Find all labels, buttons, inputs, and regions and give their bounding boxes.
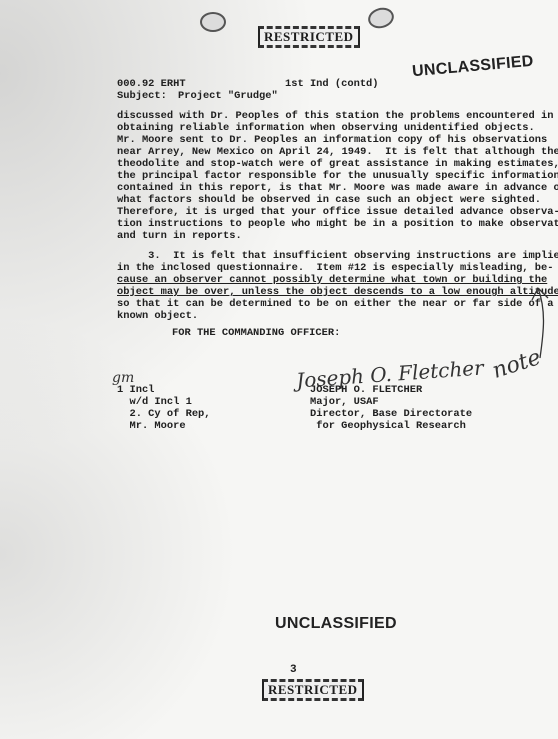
unclassified-stamp-bottom: UNCLASSIFIED — [275, 615, 397, 633]
handwritten-margin-note: note — [489, 345, 544, 384]
unclassified-stamp-top: UNCLASSIFIED — [411, 53, 534, 82]
restricted-stamp-bottom: RESTRICTED — [262, 679, 364, 701]
closing-line: FOR THE COMMANDING OFFICER: — [172, 327, 340, 339]
document-page: RESTRICTED UNCLASSIFIED 000.92 ERHT 1st … — [0, 0, 558, 739]
subject-label: Subject: — [117, 90, 167, 102]
file-reference: 000.92 ERHT — [117, 78, 186, 90]
restricted-stamp-top: RESTRICTED — [258, 26, 360, 48]
punch-hole — [366, 5, 396, 31]
subject-value: Project "Grudge" — [178, 90, 278, 102]
page-number: 3 — [290, 664, 297, 676]
punch-hole — [200, 12, 226, 32]
indorsement-label: 1st Ind (contd) — [285, 78, 379, 90]
